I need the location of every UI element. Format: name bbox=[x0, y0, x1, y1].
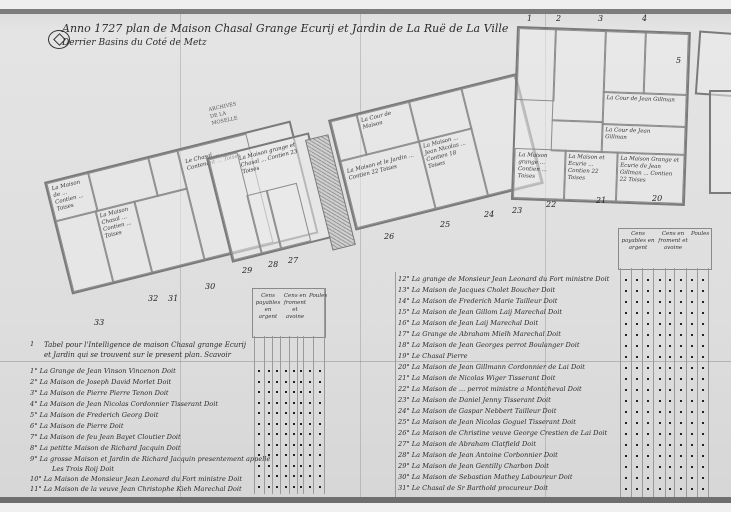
ledger-dot bbox=[293, 444, 295, 446]
ledger-dot bbox=[680, 411, 682, 413]
ledger-dot bbox=[285, 412, 287, 414]
ledger-dot bbox=[319, 391, 321, 393]
ledger-dot bbox=[300, 391, 302, 393]
ledger-dot bbox=[647, 345, 649, 347]
ledger-dot bbox=[647, 477, 649, 479]
ledger-dot bbox=[680, 323, 682, 325]
ledger-dot bbox=[309, 391, 311, 393]
ledger-dot bbox=[276, 370, 278, 372]
table-row: 6° La Maison de Pierre Doit bbox=[30, 422, 124, 430]
ledger-dot bbox=[691, 345, 693, 347]
ledger-dot bbox=[669, 378, 671, 380]
ledger-dot bbox=[669, 411, 671, 413]
ledger-dot bbox=[636, 378, 638, 380]
ledger-dot bbox=[636, 422, 638, 424]
ledger-dot bbox=[647, 279, 649, 281]
plot-number: 24 bbox=[484, 210, 494, 219]
ledger-dot bbox=[300, 370, 302, 372]
ledger-dot bbox=[625, 279, 627, 281]
plot-cell bbox=[603, 31, 647, 94]
ledger-dot bbox=[293, 465, 295, 467]
ledger-dot bbox=[647, 367, 649, 369]
ledger-dot bbox=[293, 475, 295, 477]
ledger-dot bbox=[625, 334, 627, 336]
ledger-dot bbox=[276, 454, 278, 456]
ledger-dot bbox=[691, 334, 693, 336]
ledger-dot bbox=[309, 433, 311, 435]
grid-line bbox=[642, 268, 643, 497]
grid-line bbox=[303, 336, 304, 494]
ledger-dot bbox=[680, 356, 682, 358]
ledger-dot bbox=[680, 378, 682, 380]
ledger-dot bbox=[285, 454, 287, 456]
ledger-dot bbox=[659, 345, 661, 347]
grid-line bbox=[697, 268, 698, 497]
ledger-dot bbox=[702, 488, 704, 490]
ledger-dot bbox=[659, 488, 661, 490]
grid-line bbox=[313, 336, 314, 494]
grid-line bbox=[395, 272, 396, 497]
ledger-dot bbox=[659, 334, 661, 336]
table-row: 4° La Maison de Jean Nicolas Cordonnier … bbox=[30, 400, 218, 408]
ledger-dot bbox=[258, 412, 260, 414]
ledger-dot bbox=[636, 411, 638, 413]
ledger-dot bbox=[293, 402, 295, 404]
grid-line bbox=[297, 336, 298, 494]
plot-number: 31 bbox=[168, 294, 178, 303]
ledger-dot bbox=[276, 444, 278, 446]
ledger-dot bbox=[636, 389, 638, 391]
column-header: Poules bbox=[309, 293, 323, 300]
ledger-dot bbox=[300, 433, 302, 435]
table-row: 18° La Maison de Jean Georges perrot Bou… bbox=[398, 341, 580, 349]
ledger-dot bbox=[669, 455, 671, 457]
ledger-dot bbox=[625, 389, 627, 391]
fold-line bbox=[0, 361, 731, 362]
ledger-dot bbox=[636, 433, 638, 435]
ledger-dot bbox=[636, 312, 638, 314]
ledger-dot bbox=[625, 301, 627, 303]
ledger-dot bbox=[268, 423, 270, 425]
ledger-dot bbox=[702, 323, 704, 325]
ledger-dot bbox=[702, 466, 704, 468]
yard-cell bbox=[551, 119, 604, 153]
ledger-dot bbox=[300, 423, 302, 425]
ledger-dot bbox=[309, 454, 311, 456]
plot-cell bbox=[552, 29, 607, 123]
row-number: 1 bbox=[30, 340, 34, 348]
table-row: 19° Le Chasal Pierre bbox=[398, 352, 468, 360]
ledger-dot bbox=[285, 370, 287, 372]
ledger-dot bbox=[669, 301, 671, 303]
ledger-dot bbox=[659, 444, 661, 446]
ledger-dot bbox=[293, 381, 295, 383]
ledger-dot bbox=[636, 279, 638, 281]
table-row: 31° Le Chasal de Sr Barthold procureur D… bbox=[398, 484, 548, 492]
ledger-dot bbox=[319, 433, 321, 435]
ledger-dot bbox=[702, 477, 704, 479]
ledger-dot bbox=[309, 423, 311, 425]
ledger-dot bbox=[659, 455, 661, 457]
ledger-dot bbox=[309, 444, 311, 446]
ledger-dot bbox=[680, 477, 682, 479]
ledger-dot bbox=[625, 455, 627, 457]
ledger-dot bbox=[647, 433, 649, 435]
ledger-dot bbox=[647, 455, 649, 457]
plot-number: 30 bbox=[205, 282, 215, 291]
ledger-dot bbox=[309, 381, 311, 383]
table-row: 14° La Maison de Frederich Marie Tailleu… bbox=[398, 297, 557, 305]
ledger-dot bbox=[680, 488, 682, 490]
table-row: 15° La Maison de Jean Gillom Laij Marech… bbox=[398, 308, 562, 316]
ledger-dot bbox=[647, 290, 649, 292]
plot-number: 25 bbox=[440, 220, 450, 229]
plot-number: 26 bbox=[384, 232, 394, 241]
ledger-dot bbox=[636, 400, 638, 402]
ledger-dot bbox=[625, 444, 627, 446]
plot-number: 3 bbox=[598, 14, 603, 23]
ledger-dot bbox=[647, 411, 649, 413]
ledger-dot bbox=[691, 400, 693, 402]
ledger-dot bbox=[293, 454, 295, 456]
ledger-dot bbox=[702, 334, 704, 336]
ledger-dot bbox=[268, 465, 270, 467]
ledger-dot bbox=[300, 444, 302, 446]
ledger-dot bbox=[258, 402, 260, 404]
table-row: 20° La Maison de Jean Gillmann Cordonnie… bbox=[398, 363, 585, 371]
ledger-dot bbox=[300, 465, 302, 467]
table-row: 8° La petitte Maison de Richard Jacquin … bbox=[30, 444, 181, 452]
plot-number: 22 bbox=[546, 200, 556, 209]
ledger-dot bbox=[669, 356, 671, 358]
ledger-dot bbox=[647, 312, 649, 314]
grid-line bbox=[324, 288, 325, 494]
ledger-dot bbox=[625, 400, 627, 402]
plot-number: 4 bbox=[642, 14, 647, 23]
plot-number: 20 bbox=[652, 194, 662, 203]
ledger-dot bbox=[276, 402, 278, 404]
ledger-dot bbox=[647, 444, 649, 446]
plot-number: 23 bbox=[512, 206, 522, 215]
ledger-dot bbox=[659, 367, 661, 369]
table-row: 29° La Maison de Jean Gentilly Charbon D… bbox=[398, 462, 549, 470]
column-header: Cens en froment et avoine bbox=[283, 293, 307, 321]
plot-number: 1 bbox=[527, 14, 532, 23]
ledger-dot bbox=[691, 411, 693, 413]
ledger-dot bbox=[300, 412, 302, 414]
ledger-dot bbox=[647, 488, 649, 490]
column-header: Cens en froment et avoine bbox=[657, 231, 689, 252]
ledger-dot bbox=[702, 389, 704, 391]
ledger-dot bbox=[285, 381, 287, 383]
ledger-dot bbox=[680, 389, 682, 391]
ledger-dot bbox=[669, 279, 671, 281]
ledger-dot bbox=[702, 400, 704, 402]
ledger-dot bbox=[300, 402, 302, 404]
ledger-dot bbox=[680, 444, 682, 446]
ledger-dot bbox=[293, 486, 295, 488]
ledger-dot bbox=[625, 367, 627, 369]
ledger-dot bbox=[258, 486, 260, 488]
ledger-dot bbox=[276, 423, 278, 425]
table-row: 11° La Maison de la veuve Jean Christoph… bbox=[30, 485, 242, 493]
ledger-dot bbox=[659, 422, 661, 424]
ledger-dot bbox=[625, 422, 627, 424]
plot-number: 21 bbox=[596, 196, 606, 205]
left-table-column-header: Cens payables en argent Cens en froment … bbox=[252, 288, 326, 338]
ledger-dot bbox=[258, 444, 260, 446]
ledger-dot bbox=[625, 433, 627, 435]
column-header: Cens payables en argent bbox=[255, 293, 281, 321]
ledger-dot bbox=[309, 402, 311, 404]
ledger-dot bbox=[647, 301, 649, 303]
ledger-dot bbox=[680, 466, 682, 468]
ledger-dot bbox=[702, 356, 704, 358]
ledger-dot bbox=[276, 475, 278, 477]
ledger-dot bbox=[293, 391, 295, 393]
ledger-dot bbox=[258, 475, 260, 477]
ledger-dot bbox=[636, 290, 638, 292]
ledger-dot bbox=[647, 323, 649, 325]
scanned-manuscript-sheet: Anno 1727 plan de Maison Chasal Grange E… bbox=[0, 0, 731, 512]
ledger-dot bbox=[625, 411, 627, 413]
plot-label: La Maison grange ... Contien ... Toises bbox=[518, 152, 563, 182]
ledger-dot bbox=[680, 367, 682, 369]
ledger-dot bbox=[285, 465, 287, 467]
ledger-dot bbox=[319, 465, 321, 467]
ledger-dot bbox=[702, 433, 704, 435]
ledger-dot bbox=[659, 323, 661, 325]
ledger-dot bbox=[680, 422, 682, 424]
ledger-dot bbox=[285, 475, 287, 477]
ledger-dot bbox=[636, 466, 638, 468]
table-row: 1° La Grange de Jean Vinson Vincenon Doi… bbox=[30, 367, 176, 375]
ledger-dot bbox=[258, 370, 260, 372]
ledger-dot bbox=[659, 290, 661, 292]
ledger-dot bbox=[702, 312, 704, 314]
ledger-dot bbox=[276, 391, 278, 393]
ledger-dot bbox=[309, 465, 311, 467]
ledger-dot bbox=[636, 356, 638, 358]
ledger-dot bbox=[680, 301, 682, 303]
table-row: 22° La Maison de ... perrot ministre a M… bbox=[398, 385, 582, 393]
ledger-dot bbox=[659, 411, 661, 413]
plot-number: 33 bbox=[94, 318, 104, 327]
ledger-dot bbox=[293, 370, 295, 372]
table-row: 5° La Maison de Frederich Georg Doit bbox=[30, 411, 158, 419]
table-row: 12° La grange de Monsieur Jean Leonard d… bbox=[398, 275, 609, 283]
ledger-dot bbox=[691, 312, 693, 314]
ledger-dot bbox=[702, 345, 704, 347]
ledger-dot bbox=[625, 323, 627, 325]
ledger-dot bbox=[268, 412, 270, 414]
table-row: 9° La grosse Maison et Jardin de Richard… bbox=[30, 455, 270, 463]
ledger-dot bbox=[285, 423, 287, 425]
ledger-dot bbox=[659, 400, 661, 402]
ledger-dot bbox=[669, 400, 671, 402]
ledger-dot bbox=[319, 454, 321, 456]
plot-number: 28 bbox=[268, 260, 278, 269]
table-row: 26° La Maison de Christine veuve George … bbox=[398, 429, 607, 437]
ledger-dot bbox=[669, 422, 671, 424]
ledger-dot bbox=[636, 367, 638, 369]
ledger-dot bbox=[268, 454, 270, 456]
grid-line bbox=[254, 336, 255, 494]
ledger-dot bbox=[659, 466, 661, 468]
ledger-dot bbox=[659, 356, 661, 358]
ledger-dot bbox=[647, 400, 649, 402]
ledger-dot bbox=[647, 378, 649, 380]
table-row: 30° La Maison de Sebastian Mathey Labour… bbox=[398, 473, 573, 481]
ledger-dot bbox=[702, 301, 704, 303]
ledger-dot bbox=[691, 367, 693, 369]
ledger-dot bbox=[680, 345, 682, 347]
ledger-dot bbox=[691, 488, 693, 490]
ledger-dot bbox=[659, 312, 661, 314]
ledger-dot bbox=[300, 381, 302, 383]
ledger-dot bbox=[268, 433, 270, 435]
ledger-dot bbox=[680, 312, 682, 314]
plot-label: La Maison Grange et Ecurie de Jean Gillm… bbox=[620, 156, 681, 186]
ledger-dot bbox=[319, 412, 321, 414]
ledger-dot bbox=[636, 301, 638, 303]
ledger-dot bbox=[669, 345, 671, 347]
ledger-dot bbox=[680, 334, 682, 336]
grid-line bbox=[264, 336, 265, 494]
ledger-dot bbox=[702, 411, 704, 413]
ledger-dot bbox=[669, 312, 671, 314]
table-row: 17° La Grange de Abraham Mielh Marechal … bbox=[398, 330, 561, 338]
ledger-dot bbox=[636, 444, 638, 446]
grid-line bbox=[272, 336, 273, 494]
ledger-dot bbox=[691, 444, 693, 446]
ledger-dot bbox=[625, 290, 627, 292]
ledger-dot bbox=[268, 475, 270, 477]
ledger-dot bbox=[680, 290, 682, 292]
ledger-dot bbox=[669, 290, 671, 292]
ledger-dot bbox=[625, 345, 627, 347]
plot-number: 2 bbox=[556, 14, 561, 23]
plot-label: La Maison et Ecurie ... Contien 22 Toise… bbox=[568, 154, 615, 184]
ledger-dot bbox=[258, 423, 260, 425]
table-row: 21° La Maison de Nicolas Wiger Tisserant… bbox=[398, 374, 555, 382]
ledger-dot bbox=[636, 477, 638, 479]
ledger-dot bbox=[300, 475, 302, 477]
ledger-dot bbox=[691, 301, 693, 303]
plot-fragment-east bbox=[695, 31, 731, 98]
ledger-dot bbox=[691, 323, 693, 325]
ledger-dot bbox=[319, 475, 321, 477]
grid-line bbox=[686, 268, 687, 497]
grid-line bbox=[289, 336, 290, 494]
ledger-dot bbox=[702, 378, 704, 380]
ledger-dot bbox=[691, 477, 693, 479]
ledger-dot bbox=[647, 389, 649, 391]
ledger-dot bbox=[669, 334, 671, 336]
ledger-dot bbox=[669, 323, 671, 325]
grid-line bbox=[674, 268, 675, 497]
ledger-dot bbox=[669, 488, 671, 490]
table-row: 16° La Maison de Jean Laij Marechal Doit bbox=[398, 319, 538, 327]
ledger-dot bbox=[285, 486, 287, 488]
left-table-heading: Tabel pour l'Intelligence de maison Chas… bbox=[44, 340, 254, 360]
ledger-dot bbox=[647, 334, 649, 336]
ledger-dot bbox=[285, 402, 287, 404]
ledger-dot bbox=[258, 454, 260, 456]
right-table-column-header: Cens payables en argent Cens en froment … bbox=[618, 228, 712, 270]
ledger-dot bbox=[276, 433, 278, 435]
yard-label: La Cour de Jean Gillman bbox=[605, 127, 665, 143]
ledger-dot bbox=[636, 323, 638, 325]
ledger-dot bbox=[659, 477, 661, 479]
column-header: Poules bbox=[691, 231, 709, 238]
ledger-dot bbox=[659, 389, 661, 391]
table-row: 7° La Maison de feu Jean Bayet Cloutier … bbox=[30, 433, 181, 441]
plot-number: 32 bbox=[148, 294, 158, 303]
ledger-dot bbox=[680, 400, 682, 402]
plot-cell bbox=[516, 28, 556, 101]
ledger-dot bbox=[680, 433, 682, 435]
ledger-dot bbox=[268, 391, 270, 393]
column-header: Cens payables en argent bbox=[621, 231, 655, 252]
ledger-dot bbox=[285, 391, 287, 393]
ledger-dot bbox=[702, 279, 704, 281]
ledger-dot bbox=[293, 412, 295, 414]
ledger-dot bbox=[691, 279, 693, 281]
ledger-dot bbox=[659, 301, 661, 303]
ledger-dot bbox=[625, 312, 627, 314]
table-row: 25° La Maison de Jean Nicolas Goguel Tis… bbox=[398, 418, 576, 426]
ledger-dot bbox=[625, 477, 627, 479]
ledger-dot bbox=[669, 433, 671, 435]
grid-line bbox=[620, 268, 621, 497]
ledger-dot bbox=[702, 367, 704, 369]
ledger-dot bbox=[319, 370, 321, 372]
grid-line bbox=[280, 336, 281, 494]
ledger-dot bbox=[691, 389, 693, 391]
ledger-dot bbox=[659, 433, 661, 435]
ledger-dot bbox=[691, 290, 693, 292]
ledger-dot bbox=[636, 334, 638, 336]
ledger-dot bbox=[258, 465, 260, 467]
ledger-dot bbox=[680, 279, 682, 281]
ledger-dot bbox=[309, 370, 311, 372]
ledger-dot bbox=[659, 279, 661, 281]
ledger-dot bbox=[276, 486, 278, 488]
ledger-dot bbox=[669, 367, 671, 369]
ledger-dot bbox=[691, 378, 693, 380]
ledger-dot bbox=[669, 477, 671, 479]
ledger-dot bbox=[702, 444, 704, 446]
ledger-dot bbox=[276, 412, 278, 414]
ledger-dot bbox=[647, 466, 649, 468]
ledger-dot bbox=[319, 381, 321, 383]
ledger-dot bbox=[293, 423, 295, 425]
ledger-dot bbox=[258, 391, 260, 393]
ledger-dot bbox=[319, 486, 321, 488]
grid-line bbox=[665, 268, 666, 497]
ledger-dot bbox=[659, 378, 661, 380]
ledger-dot bbox=[625, 378, 627, 380]
grid-line bbox=[631, 268, 632, 497]
ledger-dot bbox=[309, 412, 311, 414]
ledger-dot bbox=[625, 488, 627, 490]
ledger-dot bbox=[258, 433, 260, 435]
ledger-dot bbox=[300, 454, 302, 456]
ledger-dot bbox=[669, 389, 671, 391]
ledger-dot bbox=[647, 356, 649, 358]
ledger-dot bbox=[268, 381, 270, 383]
